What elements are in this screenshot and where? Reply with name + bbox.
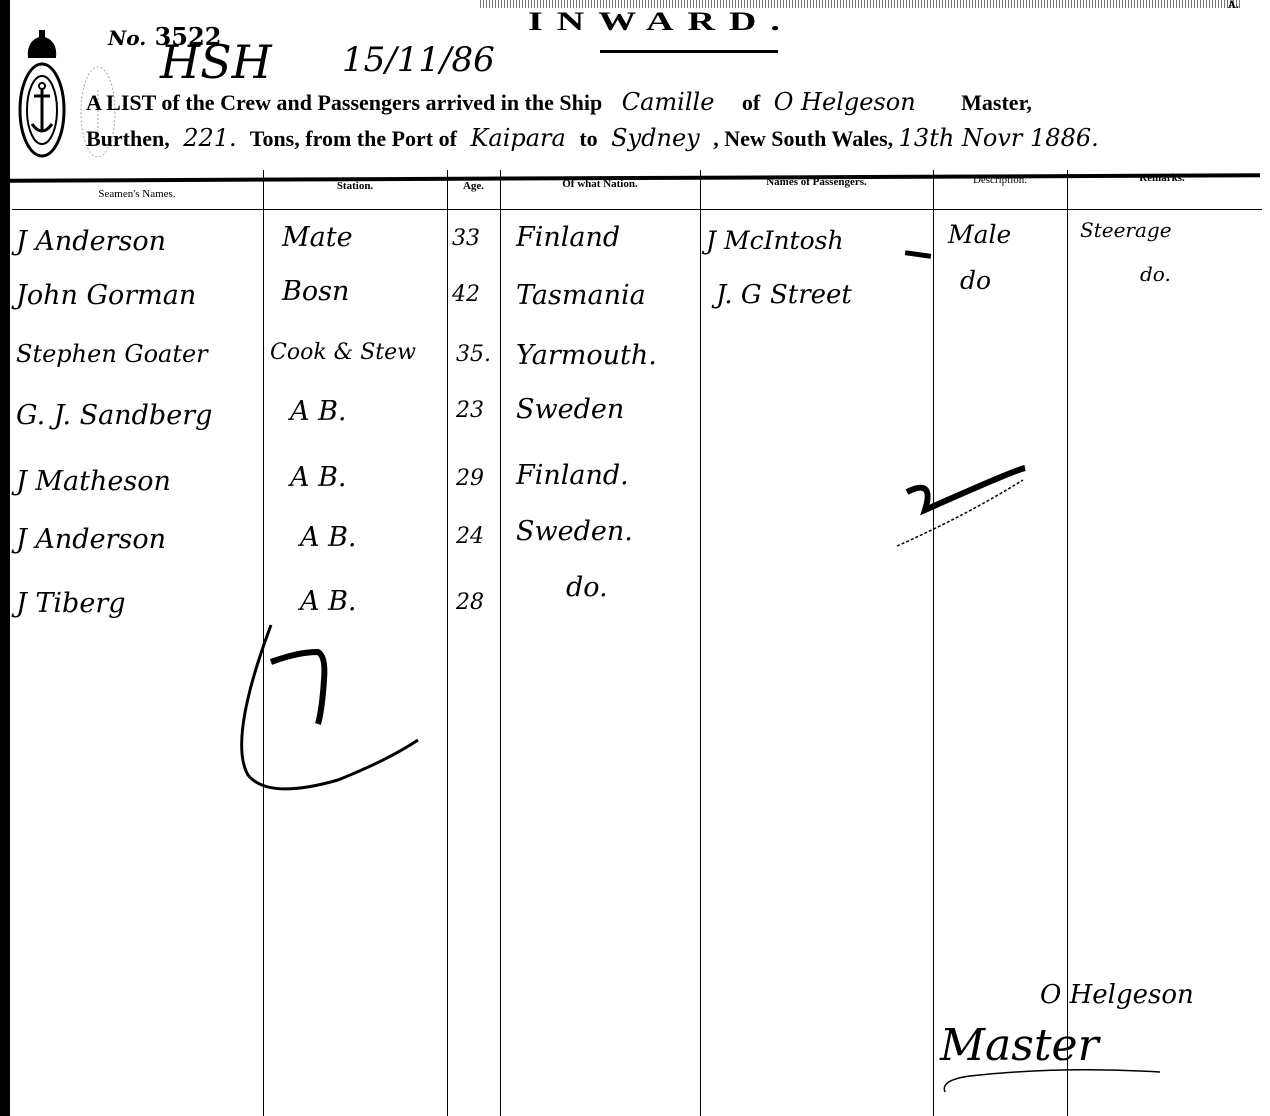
- seaman-name: John Gorman: [16, 280, 196, 311]
- dash-mark: [905, 250, 931, 259]
- column-divider: [447, 170, 448, 1116]
- seaman-name: J Anderson: [16, 524, 166, 555]
- seaman-nation: Sweden.: [516, 516, 633, 547]
- corner-mark: A.: [1228, 0, 1239, 11]
- column-divider: [700, 170, 701, 1116]
- burthen-tons: 221.: [183, 124, 236, 152]
- seaman-nation: Finland.: [516, 460, 629, 491]
- seaman-nation: Yarmouth.: [516, 340, 657, 371]
- master-name: O Helgeson: [774, 88, 916, 116]
- seaman-station: Cook & Stew: [270, 340, 416, 365]
- signature-flourish-icon: [940, 1060, 1180, 1100]
- signature-name: O Helgeson: [1040, 980, 1194, 1010]
- seaman-age: 23: [456, 398, 484, 423]
- scan-left-border: [0, 0, 10, 1116]
- column-divider: [1067, 170, 1068, 1116]
- passenger-name: J McIntosh: [706, 226, 844, 255]
- list-heading-line2: Burthen, 221. Tons, from the Port of Kai…: [86, 124, 1099, 152]
- seaman-station: A B.: [300, 522, 357, 553]
- col-header-description: Description.: [933, 174, 1067, 186]
- passenger-description: do: [960, 266, 991, 295]
- shipping-masters-seal-icon: [18, 30, 66, 160]
- to-port: Sydney: [611, 124, 700, 152]
- document-title: INWARD.: [528, 6, 794, 37]
- handwritten-stamp-date: 15/11/86: [342, 40, 495, 80]
- col-header-age: Age.: [447, 180, 500, 192]
- seaman-age: 28: [456, 590, 484, 615]
- col-header-nation: Of what Nation.: [500, 178, 700, 190]
- seaman-nation: Sweden: [516, 394, 624, 425]
- circled-seven-mark-icon: [228, 620, 428, 795]
- passenger-remarks: do.: [1140, 262, 1171, 286]
- header-underline: [12, 209, 1262, 210]
- col-header-seamens-names: Seamen's Names.: [12, 188, 262, 200]
- col-header-remarks: Remarks.: [1067, 172, 1257, 184]
- seaman-name: G. J. Sandberg: [16, 400, 212, 431]
- seaman-age: 29: [456, 466, 484, 491]
- passenger-name: J. G Street: [716, 280, 852, 310]
- col-header-passengers: Names of Passengers.: [700, 176, 933, 188]
- list-heading-line1: A LIST of the Crew and Passengers arrive…: [86, 88, 1032, 116]
- seaman-name: Stephen Goater: [16, 340, 208, 368]
- ship-name: Camille: [622, 88, 715, 116]
- seaman-station: Mate: [282, 222, 353, 253]
- seaman-age: 35.: [456, 342, 491, 367]
- passenger-description: Male: [948, 220, 1011, 249]
- seaman-age: 24: [456, 524, 484, 549]
- seaman-nation: Finland: [516, 222, 620, 253]
- seaman-station: A B.: [290, 396, 347, 427]
- passenger-remarks: Steerage: [1080, 218, 1172, 242]
- seaman-name: J Anderson: [16, 226, 166, 257]
- two-mark-icon: [895, 460, 1035, 550]
- seaman-nation: do.: [566, 572, 608, 603]
- seaman-name: J Tiberg: [16, 588, 126, 619]
- from-port: Kaipara: [470, 124, 565, 152]
- arrival-date: 13th Novr 1886.: [899, 124, 1099, 152]
- column-divider: [933, 170, 934, 1116]
- handwritten-initials: HSH: [160, 35, 272, 89]
- seaman-name: J Matheson: [16, 466, 171, 497]
- seaman-age: 42: [452, 282, 480, 307]
- col-header-station: Station.: [263, 180, 447, 192]
- seaman-station: A B.: [290, 462, 347, 493]
- seaman-nation: Tasmania: [516, 280, 646, 311]
- seaman-station: A B.: [300, 586, 357, 617]
- title-underline: [600, 50, 778, 53]
- column-divider: [500, 170, 501, 1116]
- seaman-age: 33: [452, 226, 480, 251]
- seaman-station: Bosn: [282, 276, 349, 307]
